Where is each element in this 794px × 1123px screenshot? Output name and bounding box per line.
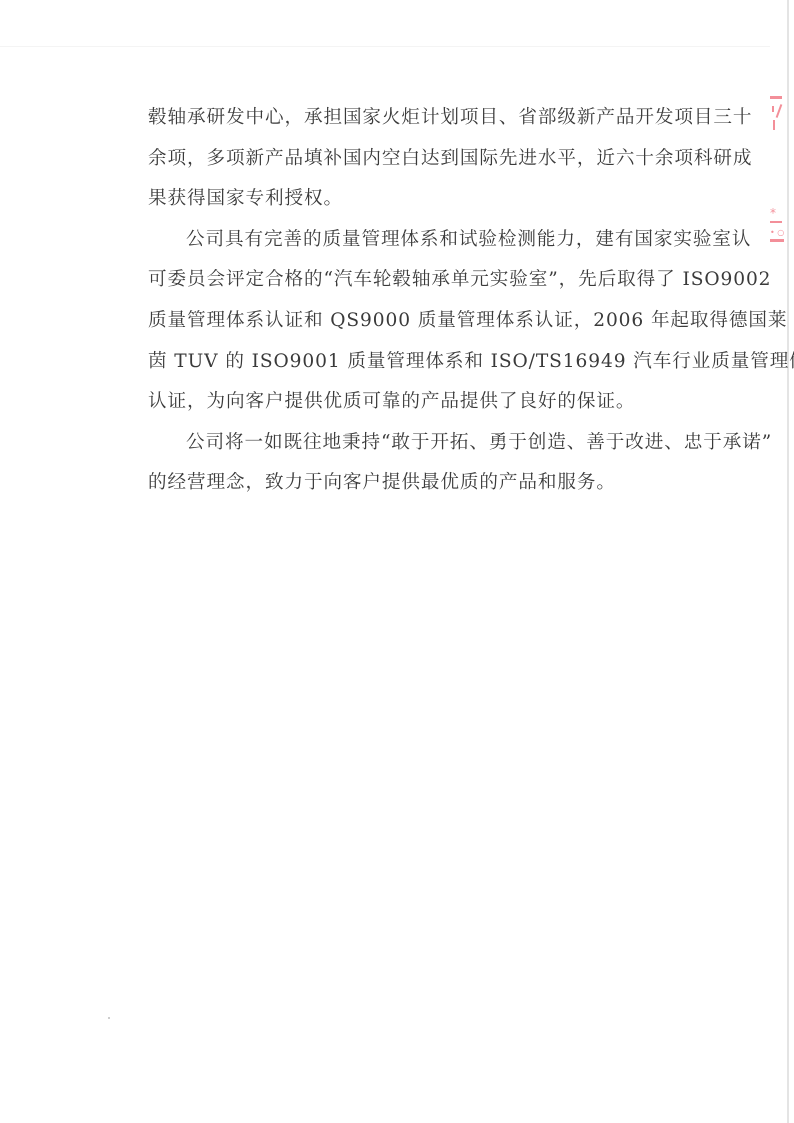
paragraph-3: 公司将一如既往地秉持“敢于开拓、勇于创造、善于改进、忠于承诺” 的经营理念，致力…: [148, 423, 688, 504]
scan-speck: [108, 1017, 110, 1019]
text-line: 可委员会评定合格的“汽车轮毂轴承单元实验室”，先后取得了 ISO9002: [148, 260, 688, 301]
scan-artifact-line: [0, 46, 770, 47]
paragraph-2: 公司具有完善的质量管理体系和试验检测能力，建有国家实验室认 可委员会评定合格的“…: [148, 220, 688, 423]
text-line: 余项，多项新产品填补国内空白达到国际先进水平，近六十余项科研成: [148, 139, 688, 180]
text-line: 认证，为向客户提供优质可靠的产品提供了良好的保证。: [148, 382, 688, 423]
text-line: 的经营理念，致力于向客户提供最优质的产品和服务。: [148, 463, 688, 504]
text-line: 公司具有完善的质量管理体系和试验检测能力，建有国家实验室认: [148, 220, 688, 261]
seal-dots: • ○: [770, 229, 784, 237]
red-seal-fragment-bottom: * • ○: [770, 211, 786, 247]
page-right-edge: [787, 0, 789, 1123]
text-line: 茵 TUV 的 ISO9001 质量管理体系和 ISO/TS16949 汽车行业…: [148, 342, 688, 383]
paragraph-1: 毂轴承研发中心，承担国家火炬计划项目、省部级新产品开发项目三十 余项，多项新产品…: [148, 98, 688, 220]
document-body: 毂轴承研发中心，承担国家火炬计划项目、省部级新产品开发项目三十 余项，多项新产品…: [148, 98, 688, 504]
document-page: 毂轴承研发中心，承担国家火炬计划项目、省部级新产品开发项目三十 余项，多项新产品…: [0, 0, 794, 1123]
text-line: 公司将一如既往地秉持“敢于开拓、勇于创造、善于改进、忠于承诺”: [148, 423, 688, 464]
red-seal-fragment-top: [770, 96, 784, 136]
seal-star-icon: *: [770, 207, 776, 219]
text-line: 果获得国家专利授权。: [148, 179, 688, 220]
text-line: 质量管理体系认证和 QS9000 质量管理体系认证，2006 年起取得德国莱: [148, 301, 688, 342]
text-line: 毂轴承研发中心，承担国家火炬计划项目、省部级新产品开发项目三十: [148, 98, 688, 139]
